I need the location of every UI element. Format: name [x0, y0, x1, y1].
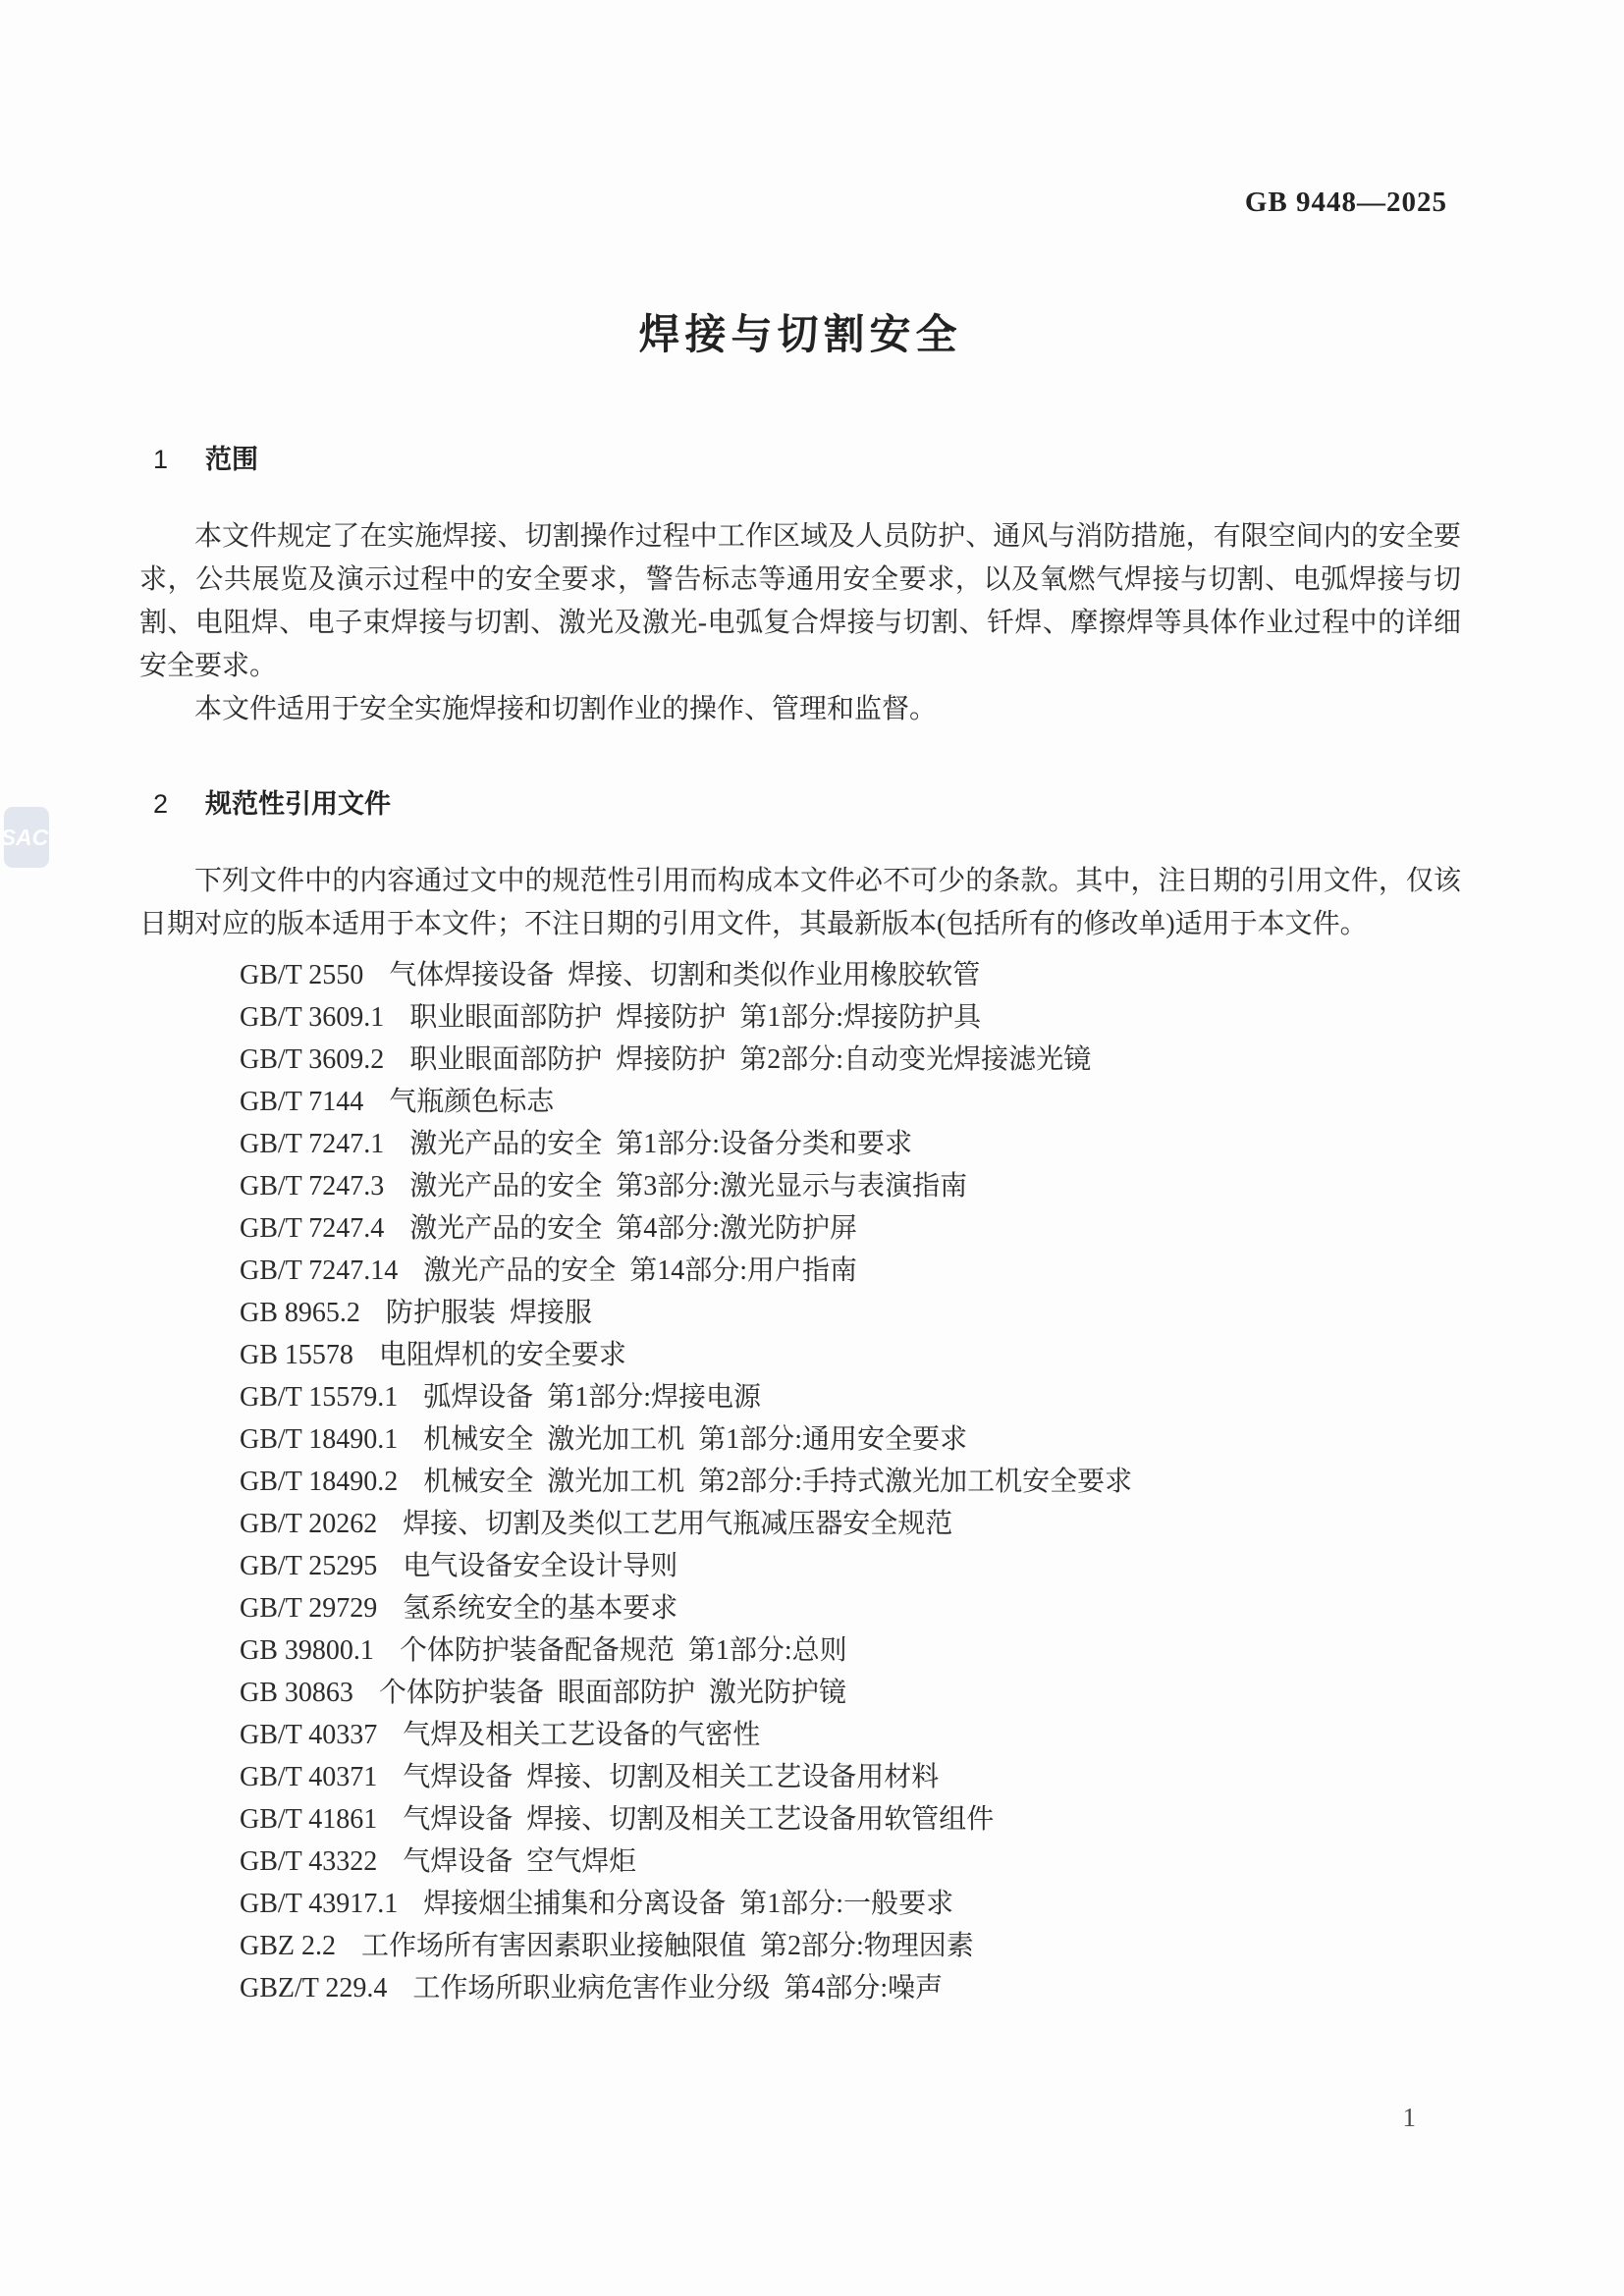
reference-title: 气焊设备 焊接、切割及相关工艺设备用软管组件 [403, 1804, 994, 1835]
reference-item: GBZ/T 229.4工作场所职业病危害作业分级 第4部分:噪声 [240, 1967, 1461, 2009]
reference-code: GB/T 7247.3 [240, 1171, 384, 1201]
reference-code: GB/T 3609.2 [240, 1044, 384, 1075]
reference-title: 激光产品的安全 第14部分:用户指南 [423, 1255, 857, 1286]
reference-code: GB/T 7247.4 [240, 1213, 384, 1244]
reference-item: GB/T 25295电气设备安全设计导则 [240, 1545, 1461, 1587]
reference-item: GB/T 7247.14激光产品的安全 第14部分:用户指南 [240, 1250, 1461, 1292]
reference-title: 气焊设备 焊接、切割及相关工艺设备用材料 [403, 1762, 939, 1792]
reference-title: 电阻焊机的安全要求 [379, 1340, 626, 1370]
reference-item: GB/T 15579.1弧焊设备 第1部分:焊接电源 [240, 1376, 1461, 1418]
reference-title: 激光产品的安全 第1部分:设备分类和要求 [409, 1129, 912, 1159]
reference-item: GB/T 43322气焊设备 空气焊炬 [240, 1841, 1461, 1883]
reference-item: GBZ 2.2工作场所有害因素职业接触限值 第2部分:物理因素 [240, 1925, 1461, 1967]
reference-title: 工作场所职业病危害作业分级 第4部分:噪声 [412, 1973, 943, 2003]
reference-code: GB 8965.2 [240, 1298, 360, 1328]
reference-title: 激光产品的安全 第3部分:激光显示与表演指南 [409, 1171, 967, 1201]
reference-item: GB 15578电阻焊机的安全要求 [240, 1334, 1461, 1376]
reference-code: GB 39800.1 [240, 1635, 374, 1666]
reference-item: GB/T 41861气焊设备 焊接、切割及相关工艺设备用软管组件 [240, 1798, 1461, 1841]
section-references: 2规范性引用文件 下列文件中的内容通过文中的规范性引用而构成本文件必不可少的条款… [139, 782, 1461, 2009]
page-number: 1 [1403, 2103, 1417, 2133]
reference-title: 机械安全 激光加工机 第2部分:手持式激光加工机安全要求 [423, 1467, 1132, 1497]
sac-watermark-badge: SAC [4, 807, 49, 868]
section-1-heading: 1范围 [153, 438, 1461, 476]
reference-item: GB/T 7247.4激光产品的安全 第4部分:激光防护屏 [240, 1207, 1461, 1250]
reference-code: GB/T 40371 [240, 1762, 377, 1792]
reference-item: GB/T 20262焊接、切割及类似工艺用气瓶减压器安全规范 [240, 1503, 1461, 1545]
references-body: 下列文件中的内容通过文中的规范性引用而构成本文件必不可少的条款。其中，注日期的引… [139, 860, 1461, 2009]
reference-title: 防护服装 焊接服 [386, 1298, 592, 1328]
reference-code: GB/T 29729 [240, 1593, 377, 1624]
reference-item: GB/T 7247.3激光产品的安全 第3部分:激光显示与表演指南 [240, 1165, 1461, 1207]
reference-list: GB/T 2550气体焊接设备 焊接、切割和类似作业用橡胶软管 GB/T 360… [139, 954, 1461, 2009]
reference-item: GB/T 7247.1激光产品的安全 第1部分:设备分类和要求 [240, 1123, 1461, 1165]
reference-item: GB/T 3609.2职业眼面部防护 焊接防护 第2部分:自动变光焊接滤光镜 [240, 1039, 1461, 1081]
document-page: SAC GB 9448—2025 焊接与切割安全 1范围 本文件规定了在实施焊接… [0, 0, 1624, 2296]
reference-item: GB 30863个体防护装备 眼面部防护 激光防护镜 [240, 1672, 1461, 1714]
reference-code: GB/T 43322 [240, 1846, 377, 1877]
reference-code: GB/T 15579.1 [240, 1382, 398, 1413]
document-header: GB 9448—2025 [139, 187, 1461, 219]
reference-code: GB/T 40337 [240, 1720, 377, 1750]
reference-code: GB/T 18490.1 [240, 1424, 398, 1455]
reference-title: 机械安全 激光加工机 第1部分:通用安全要求 [423, 1424, 967, 1455]
reference-title: 激光产品的安全 第4部分:激光防护屏 [409, 1213, 857, 1244]
reference-code: GB/T 3609.1 [240, 1002, 384, 1033]
reference-title: 焊接烟尘捕集和分离设备 第1部分:一般要求 [423, 1889, 953, 1919]
reference-code: GB/T 7144 [240, 1087, 363, 1117]
reference-code: GB/T 41861 [240, 1804, 377, 1835]
sac-watermark-text: SAC [4, 825, 48, 851]
reference-item: GB/T 2550气体焊接设备 焊接、切割和类似作业用橡胶软管 [240, 954, 1461, 996]
section-2-title: 规范性引用文件 [205, 789, 391, 819]
scope-body: 本文件规定了在实施焊接、切割操作过程中工作区域及人员防护、通风与消防措施，有限空… [139, 515, 1461, 731]
reference-code: GBZ 2.2 [240, 1931, 336, 1961]
section-1-title: 范围 [205, 445, 258, 474]
reference-code: GB/T 7247.14 [240, 1255, 398, 1286]
scope-paragraph-2: 本文件适用于安全实施焊接和切割作业的操作、管理和监督。 [139, 688, 1461, 731]
reference-code: GB 15578 [240, 1340, 353, 1370]
standard-number: GB 9448—2025 [1245, 187, 1447, 218]
reference-code: GB/T 18490.2 [240, 1467, 398, 1497]
reference-item: GB/T 40371气焊设备 焊接、切割及相关工艺设备用材料 [240, 1756, 1461, 1798]
reference-code: GB/T 43917.1 [240, 1889, 398, 1919]
reference-title: 工作场所有害因素职业接触限值 第2部分:物理因素 [361, 1931, 974, 1961]
reference-title: 弧焊设备 第1部分:焊接电源 [423, 1382, 761, 1413]
reference-item: GB/T 43917.1焊接烟尘捕集和分离设备 第1部分:一般要求 [240, 1883, 1461, 1925]
section-scope: 1范围 本文件规定了在实施焊接、切割操作过程中工作区域及人员防护、通风与消防措施… [139, 438, 1461, 731]
reference-item: GB/T 29729氢系统安全的基本要求 [240, 1587, 1461, 1629]
reference-code: GB/T 7247.1 [240, 1129, 384, 1159]
reference-item: GB/T 40337气焊及相关工艺设备的气密性 [240, 1714, 1461, 1756]
document-title: 焊接与切割安全 [139, 302, 1461, 361]
reference-item: GB/T 18490.1机械安全 激光加工机 第1部分:通用安全要求 [240, 1418, 1461, 1461]
reference-item: GB/T 7144气瓶颜色标志 [240, 1081, 1461, 1123]
reference-item: GB/T 18490.2机械安全 激光加工机 第2部分:手持式激光加工机安全要求 [240, 1461, 1461, 1503]
reference-code: GB 30863 [240, 1678, 353, 1708]
reference-title: 氢系统安全的基本要求 [403, 1593, 677, 1624]
reference-title: 职业眼面部防护 焊接防护 第2部分:自动变光焊接滤光镜 [409, 1044, 1091, 1075]
reference-title: 电气设备安全设计导则 [403, 1551, 677, 1581]
reference-title: 个体防护装备配备规范 第1部分:总则 [400, 1635, 847, 1666]
reference-item: GB 39800.1个体防护装备配备规范 第1部分:总则 [240, 1629, 1461, 1672]
reference-title: 气焊设备 空气焊炬 [403, 1846, 636, 1877]
section-2-heading: 2规范性引用文件 [153, 782, 1461, 821]
reference-title: 个体防护装备 眼面部防护 激光防护镜 [379, 1678, 846, 1708]
reference-code: GB/T 25295 [240, 1551, 377, 1581]
scope-paragraph-1: 本文件规定了在实施焊接、切割操作过程中工作区域及人员防护、通风与消防措施，有限空… [139, 515, 1461, 688]
reference-title: 气焊及相关工艺设备的气密性 [403, 1720, 760, 1750]
section-1-number: 1 [153, 445, 168, 475]
reference-title: 焊接、切割及类似工艺用气瓶减压器安全规范 [403, 1509, 952, 1539]
reference-title: 气体焊接设备 焊接、切割和类似作业用橡胶软管 [389, 960, 980, 990]
reference-title: 气瓶颜色标志 [389, 1087, 554, 1117]
section-2-number: 2 [153, 789, 168, 820]
references-intro: 下列文件中的内容通过文中的规范性引用而构成本文件必不可少的条款。其中，注日期的引… [139, 860, 1461, 946]
reference-code: GB/T 20262 [240, 1509, 377, 1539]
reference-code: GBZ/T 229.4 [240, 1973, 387, 2003]
reference-title: 职业眼面部防护 焊接防护 第1部分:焊接防护具 [409, 1002, 981, 1033]
reference-item: GB/T 3609.1职业眼面部防护 焊接防护 第1部分:焊接防护具 [240, 996, 1461, 1039]
reference-item: GB 8965.2防护服装 焊接服 [240, 1292, 1461, 1334]
reference-code: GB/T 2550 [240, 960, 363, 990]
